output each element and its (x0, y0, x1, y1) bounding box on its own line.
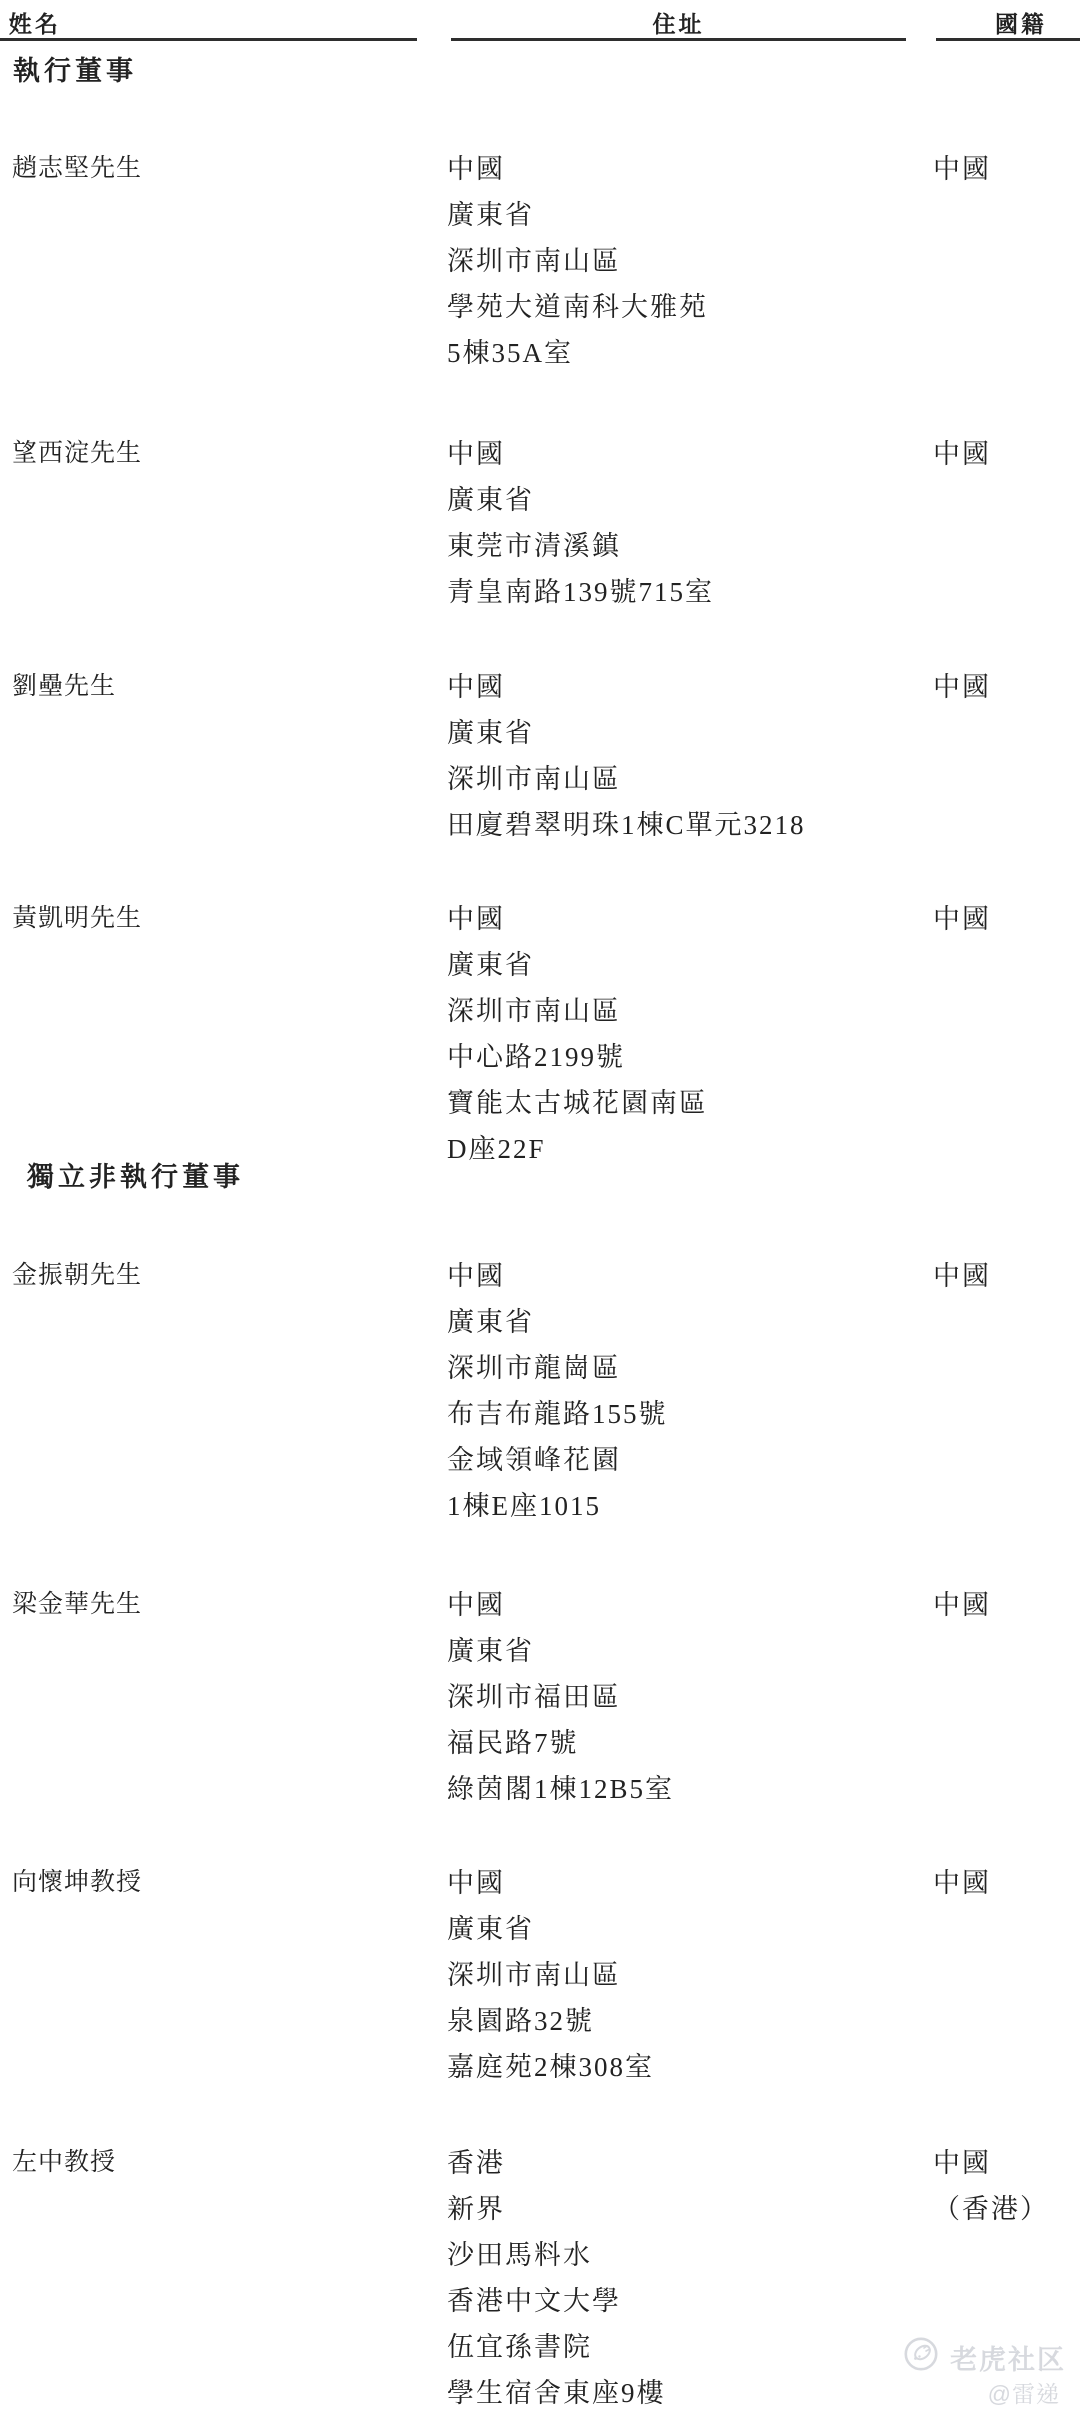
address-line: 中國 (447, 431, 933, 477)
director-nationality: 中國 (933, 1253, 1080, 1529)
director-name: 望西淀先生 (12, 431, 447, 615)
director-name: 趙志堅先生 (12, 146, 447, 376)
director-row: 望西淀先生中國廣東省東莞市清溪鎮青皇南路139號715室中國 (0, 431, 1080, 615)
address-line: 廣東省 (447, 710, 933, 756)
section-title-executive-directors: 執行董事 (13, 55, 137, 87)
address-line: 福民路7號 (447, 1720, 933, 1766)
director-row: 向懷坤教授中國廣東省深圳市南山區泉園路32號嘉庭苑2棟308室中國 (0, 1860, 1080, 2090)
director-name: 黃凱明先生 (12, 896, 447, 1172)
address-line: 寶能太古城花園南區 (447, 1080, 933, 1126)
address-line: 廣東省 (447, 192, 933, 238)
director-nationality: 中國 (933, 664, 1080, 848)
column-header-address: 住址 (451, 6, 906, 39)
address-line: 中國 (447, 664, 933, 710)
address-line: 深圳市南山區 (447, 238, 933, 284)
address-line: 廣東省 (447, 1628, 933, 1674)
director-name: 金振朝先生 (12, 1253, 447, 1529)
address-line: 深圳市龍崗區 (447, 1345, 933, 1391)
address-line: 中國 (447, 1582, 933, 1628)
address-line: 深圳市南山區 (447, 756, 933, 802)
address-line: 深圳市福田區 (447, 1674, 933, 1720)
director-row: 梁金華先生中國廣東省深圳市福田區福民路7號綠茵閣1棟12B5室中國 (0, 1582, 1080, 1812)
nationality-line: 中國 (933, 146, 1080, 192)
director-nationality: 中國 (933, 896, 1080, 1172)
address-line: 1棟E座1015 (447, 1483, 933, 1529)
director-name: 左中教授 (12, 2140, 447, 2416)
nationality-line: 中國 (933, 431, 1080, 477)
director-nationality: 中國 (933, 431, 1080, 615)
address-line: 廣東省 (447, 1906, 933, 1952)
header-underline-name (0, 38, 417, 41)
address-line: 中國 (447, 1253, 933, 1299)
address-line: 香港 (447, 2140, 933, 2186)
director-nationality: 中國（香港） (933, 2140, 1080, 2416)
address-line: 泉園路32號 (447, 1998, 933, 2044)
director-row: 左中教授香港新界沙田馬料水香港中文大學伍宜孫書院學生宿舍東座9樓中國（香港） (0, 2140, 1080, 2416)
address-line: 廣東省 (447, 1299, 933, 1345)
address-line: 學苑大道南科大雅苑 (447, 284, 933, 330)
director-row: 趙志堅先生中國廣東省深圳市南山區學苑大道南科大雅苑5棟35A室中國 (0, 146, 1080, 376)
director-address: 中國廣東省東莞市清溪鎮青皇南路139號715室 (447, 431, 933, 615)
director-address: 中國廣東省深圳市南山區泉園路32號嘉庭苑2棟308室 (447, 1860, 933, 2090)
address-line: 廣東省 (447, 477, 933, 523)
director-row: 黃凱明先生中國廣東省深圳市南山區中心路2199號寶能太古城花園南區D座22F中國 (0, 896, 1080, 1172)
address-line: 新界 (447, 2186, 933, 2232)
address-line: 廣東省 (447, 942, 933, 988)
nationality-line: 中國 (933, 1253, 1080, 1299)
director-nationality: 中國 (933, 1582, 1080, 1812)
address-line: 嘉庭苑2棟308室 (447, 2044, 933, 2090)
address-line: 沙田馬料水 (447, 2232, 933, 2278)
address-line: 中國 (447, 1860, 933, 1906)
address-line: 青皇南路139號715室 (447, 569, 933, 615)
director-address: 中國廣東省深圳市南山區中心路2199號寶能太古城花園南區D座22F (447, 896, 933, 1172)
director-row: 金振朝先生中國廣東省深圳市龍崗區布吉布龍路155號金域領峰花園1棟E座1015中… (0, 1253, 1080, 1529)
nationality-line: 中國 (933, 2140, 1080, 2186)
director-address: 中國廣東省深圳市南山區田廈碧翠明珠1棟C單元3218 (447, 664, 933, 848)
address-line: 深圳市南山區 (447, 1952, 933, 1998)
address-line: 中國 (447, 146, 933, 192)
address-line: 學生宿舍東座9樓 (447, 2370, 933, 2416)
director-address: 中國廣東省深圳市福田區福民路7號綠茵閣1棟12B5室 (447, 1582, 933, 1812)
address-line: 香港中文大學 (447, 2278, 933, 2324)
nationality-line: 中國 (933, 1582, 1080, 1628)
table-header: 姓名 住址 國籍 (0, 0, 1080, 41)
address-line: 綠茵閣1棟12B5室 (447, 1766, 933, 1812)
nationality-line: （香港） (933, 2186, 1080, 2232)
address-line: 田廈碧翠明珠1棟C單元3218 (447, 802, 933, 848)
address-line: 布吉布龍路155號 (447, 1391, 933, 1437)
nationality-line: 中國 (933, 1860, 1080, 1906)
director-name: 劉壘先生 (12, 664, 447, 848)
address-line: 中心路2199號 (447, 1034, 933, 1080)
header-underline-address (451, 38, 906, 41)
director-row: 劉壘先生中國廣東省深圳市南山區田廈碧翠明珠1棟C單元3218中國 (0, 664, 1080, 848)
director-address: 香港新界沙田馬料水香港中文大學伍宜孫書院學生宿舍東座9樓 (447, 2140, 933, 2416)
director-name: 向懷坤教授 (12, 1860, 447, 2090)
director-nationality: 中國 (933, 146, 1080, 376)
address-line: 伍宜孫書院 (447, 2324, 933, 2370)
address-line: D座22F (447, 1126, 933, 1172)
address-line: 東莞市清溪鎮 (447, 523, 933, 569)
address-line: 5棟35A室 (447, 330, 933, 376)
header-underline-nationality (936, 38, 1080, 41)
column-header-name: 姓名 (9, 6, 61, 39)
address-line: 深圳市南山區 (447, 988, 933, 1034)
director-address: 中國廣東省深圳市龍崗區布吉布龍路155號金域領峰花園1棟E座1015 (447, 1253, 933, 1529)
director-name: 梁金華先生 (12, 1582, 447, 1812)
address-line: 中國 (447, 896, 933, 942)
address-line: 金域領峰花園 (447, 1437, 933, 1483)
nationality-line: 中國 (933, 896, 1080, 942)
column-header-nationality: 國籍 (936, 6, 1080, 39)
director-nationality: 中國 (933, 1860, 1080, 2090)
director-address: 中國廣東省深圳市南山區學苑大道南科大雅苑5棟35A室 (447, 146, 933, 376)
directors-address-table-page: 姓名 住址 國籍 執行董事 獨立非執行董事 趙志堅先生中國廣東省深圳市南山區學苑… (0, 0, 1080, 2418)
nationality-line: 中國 (933, 664, 1080, 710)
